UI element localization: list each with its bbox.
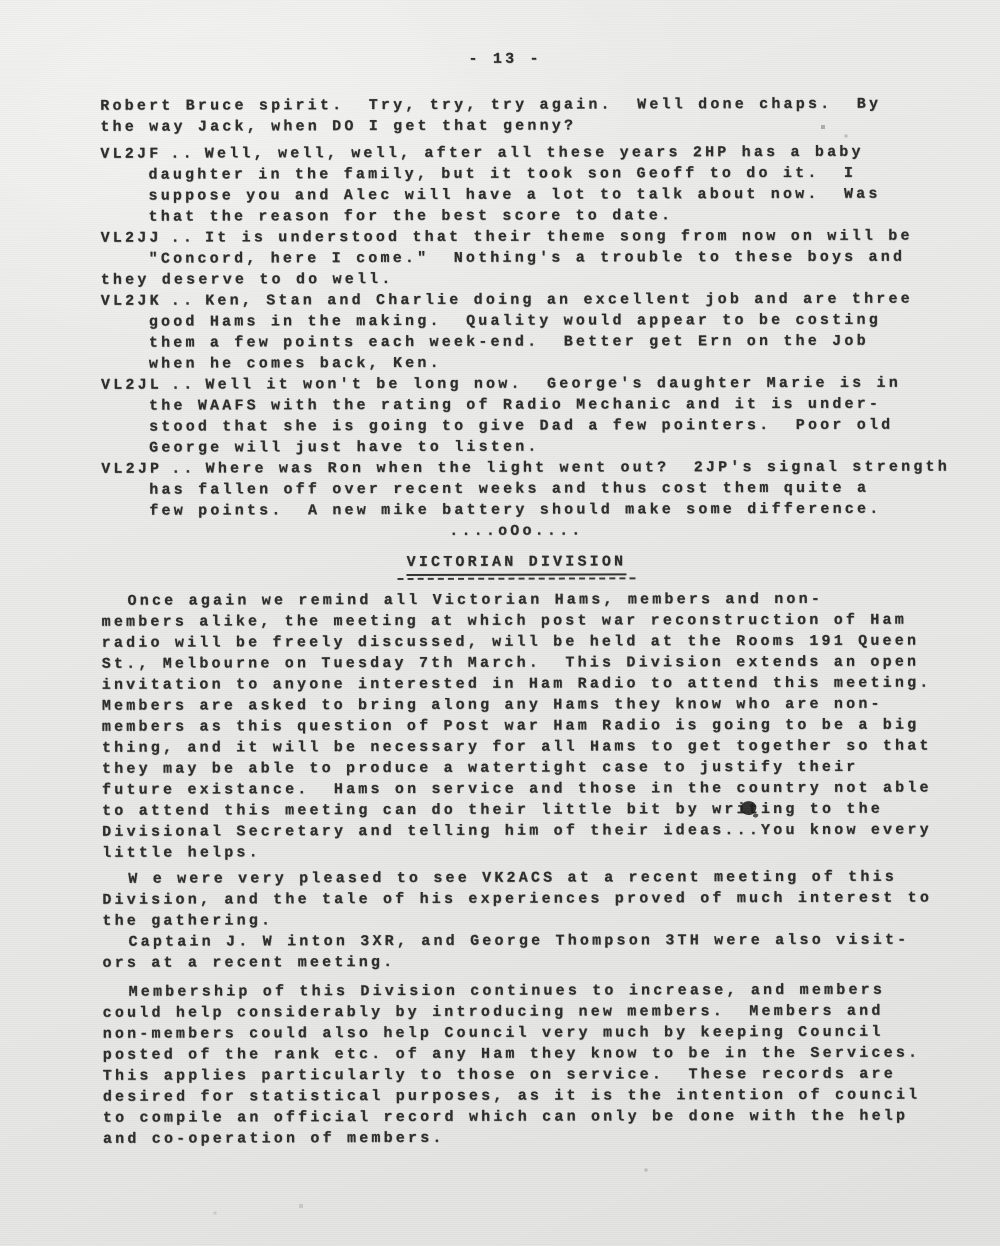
paragraph-line: St., Melbourne on Tuesday 7th March. Thi… bbox=[102, 652, 942, 675]
entry-cont-line: "Concord, here I come." Nothing's a trou… bbox=[101, 247, 941, 270]
entry-vl2jp: VL2JP..Where was Ron when the light went… bbox=[101, 457, 941, 522]
entry-callsign: VL2JP bbox=[101, 461, 162, 478]
body-text: Robert Bruce spirit. Try, try, try again… bbox=[100, 94, 943, 1150]
paragraph-line: to compile an official record which can … bbox=[103, 1106, 943, 1129]
entry-cont-line: when he comes back, Ken. bbox=[101, 352, 941, 375]
entry-cont-line: the WAAFS with the rating of Radio Mecha… bbox=[101, 394, 941, 417]
entry-callsign: VL2JJ bbox=[101, 230, 162, 247]
paragraph-line: ors at a recent meeting. bbox=[102, 951, 942, 974]
entry-vl2jl: VL2JL..Well it won't be long now. George… bbox=[101, 373, 941, 459]
paragraph: W e were very pleased to see VK2ACS at a… bbox=[102, 867, 942, 932]
intro-line: the way Jack, when DO I get that genny? bbox=[100, 115, 940, 138]
entry-text: It is understood that their theme song f… bbox=[205, 228, 913, 247]
entry-cont-line: suppose you and Alec will have a lot to … bbox=[100, 184, 940, 207]
entry-separator: .. bbox=[171, 293, 195, 310]
paragraph-line: radio will be freely discussed, will be … bbox=[102, 631, 942, 654]
paper-specks bbox=[0, 0, 2, 2]
paragraph-line: Once again we remind all Victorian Hams,… bbox=[102, 589, 942, 612]
paragraph-line: they may be able to produce a watertight… bbox=[102, 757, 942, 780]
entry-separator: .. bbox=[171, 461, 195, 478]
section-divider: ....oOo.... bbox=[101, 520, 931, 543]
entry-text: Well, well, well, after all these years … bbox=[205, 144, 864, 163]
entry-cont-line: that the reason for the best score to da… bbox=[101, 205, 941, 228]
paragraph-line: Membership of this Division continues to… bbox=[103, 980, 943, 1003]
paragraph-line: to attend this meeting can do their litt… bbox=[102, 799, 942, 822]
entry-cont-line: daughter in the family, but it took son … bbox=[100, 163, 940, 186]
paragraph-line: non-members could also help Council very… bbox=[103, 1022, 943, 1045]
entry-cont-line: has fallen off over recent weeks and thu… bbox=[101, 478, 941, 501]
entry-cont-line: good Hams in the making. Quality would a… bbox=[101, 310, 941, 333]
entry-cont-line: them a few points each week-end. Better … bbox=[101, 331, 941, 354]
entry-cont-line: George will just have to listen. bbox=[101, 436, 941, 459]
paragraph-line: Division, and the tale of his experience… bbox=[102, 888, 942, 911]
entry-first-line: VL2JK..Ken, Stan and Charlie doing an ex… bbox=[101, 289, 941, 312]
entry-first-line: VL2JF..Well, well, well, after all these… bbox=[100, 142, 940, 165]
section-heading: VICTORIAN DIVISION bbox=[407, 551, 627, 576]
entry-callsign: VL2JL bbox=[101, 377, 162, 394]
entry-text: Ken, Stan and Charlie doing an excellent… bbox=[205, 291, 913, 310]
paragraph: Once again we remind all Victorian Hams,… bbox=[102, 589, 943, 864]
heading-underline-dashed bbox=[397, 577, 635, 580]
paragraph-line: and co-operation of members. bbox=[103, 1127, 943, 1150]
paragraph-line: Members are asked to bring along any Ham… bbox=[102, 694, 942, 717]
entry-text: Where was Ron when the light went out? 2… bbox=[206, 459, 950, 478]
paragraph-line: Divisional Secretary and telling him of … bbox=[102, 820, 942, 843]
entry-separator: .. bbox=[171, 377, 195, 394]
paragraph-line: members alike, the meeting at which post… bbox=[102, 610, 942, 633]
paragraph: Membership of this Division continues to… bbox=[103, 980, 943, 1150]
entry-first-line: VL2JL..Well it won't be long now. George… bbox=[101, 373, 941, 396]
entry-first-line: VL2JP..Where was Ron when the light went… bbox=[101, 457, 941, 480]
paragraph: Captain J. W inton 3XR, and George Thomp… bbox=[102, 930, 942, 974]
section-heading-wrap: VICTORIAN DIVISION bbox=[101, 551, 931, 581]
paragraph-line: W e were very pleased to see VK2ACS at a… bbox=[102, 867, 942, 890]
paper: - 13 - Robert Bruce spirit. Try, try, tr… bbox=[0, 0, 1000, 1246]
paragraph-line: could help considerably by introducing n… bbox=[103, 1001, 943, 1024]
entry-cont-line: stood that she is going to give Dad a fe… bbox=[101, 415, 941, 438]
paragraph-line: posted of the rank etc. of any Ham they … bbox=[103, 1043, 943, 1066]
paragraph-line: invitation to anyone interested in Ham R… bbox=[102, 673, 942, 696]
entry-cont-line: they deserve to do well. bbox=[101, 268, 941, 291]
intro-line: Robert Bruce spirit. Try, try, try again… bbox=[100, 94, 940, 117]
paragraph-line: This applies particularly to those on se… bbox=[103, 1064, 943, 1087]
entry-first-line: VL2JJ..It is understood that their theme… bbox=[101, 226, 941, 249]
entry-callsign: VL2JF bbox=[100, 146, 161, 163]
entry-callsign: VL2JK bbox=[101, 293, 162, 310]
entry-separator: .. bbox=[170, 146, 194, 163]
entry-vl2jf: VL2JF..Well, well, well, after all these… bbox=[100, 142, 940, 228]
paragraph-line: thing, and it will be necessary for all … bbox=[102, 736, 942, 759]
paragraph-line: future existance. Hams on service and th… bbox=[102, 778, 942, 801]
paragraph-line: desired for statistical purposes, as it … bbox=[103, 1085, 943, 1108]
entry-vl2jk: VL2JK..Ken, Stan and Charlie doing an ex… bbox=[101, 289, 941, 375]
entry-text: Well it won't be long now. George's daug… bbox=[205, 375, 901, 394]
paragraph-line: members as this question of Post war Ham… bbox=[102, 715, 942, 738]
paragraph-line: little helps. bbox=[102, 841, 942, 864]
page-number: - 13 - bbox=[100, 48, 910, 71]
entry-separator: .. bbox=[171, 230, 195, 247]
entry-cont-line: few points. A new mike battery should ma… bbox=[101, 499, 941, 522]
entry-vl2jj: VL2JJ..It is understood that their theme… bbox=[101, 226, 941, 291]
paragraph-line: the gathering. bbox=[102, 909, 942, 932]
paragraph-line: Captain J. W inton 3XR, and George Thomp… bbox=[102, 930, 942, 953]
typewritten-content: - 13 - Robert Bruce spirit. Try, try, tr… bbox=[0, 0, 1000, 1246]
